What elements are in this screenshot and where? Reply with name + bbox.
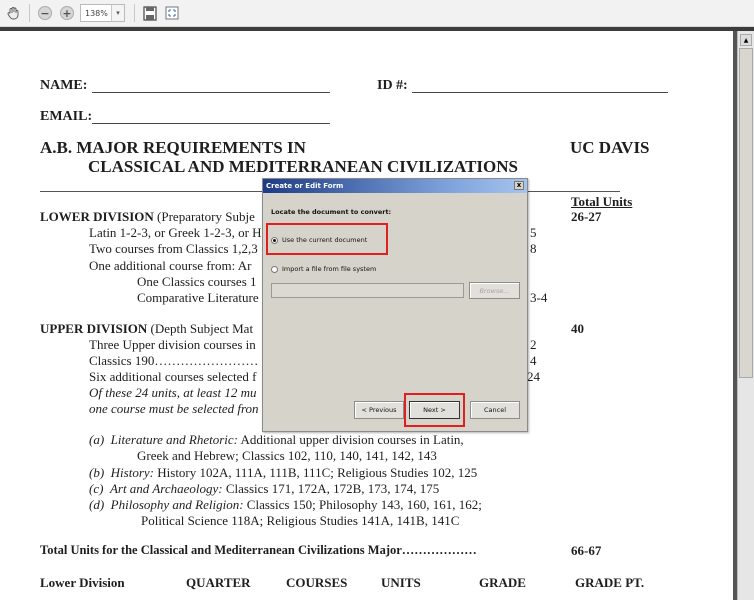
- cancel-button[interactable]: Cancel: [470, 401, 520, 419]
- fit-page-icon: [143, 6, 157, 21]
- fit-width-icon: [165, 6, 179, 20]
- document-title-line2: CLASSICAL AND MEDITERRANEAN CIVILIZATION…: [88, 157, 518, 177]
- vertical-scrollbar[interactable]: ▲: [737, 31, 754, 600]
- upper-line: Classics 190……………………: [89, 353, 258, 369]
- scroll-thumb[interactable]: [739, 48, 753, 378]
- option-c: (c) Art and Archaeology: Classics 171, 1…: [89, 481, 439, 497]
- lower-line: Two courses from Classics 1,2,3: [89, 241, 258, 257]
- close-icon[interactable]: x: [514, 181, 524, 190]
- upper-division-heading: UPPER DIVISION (Depth Subject Mat: [40, 321, 253, 337]
- upper-line-units: 4: [530, 353, 537, 369]
- dialog-prompt: Locate the document to convert:: [271, 208, 391, 216]
- viewer-toolbar: − + 138% ▾: [0, 0, 754, 27]
- upper-line: Six additional courses selected f: [89, 369, 257, 385]
- radio-import-file[interactable]: Import a file from file system: [271, 265, 376, 273]
- file-path-input[interactable]: [271, 283, 464, 298]
- option-d: (d) Philosophy and Religion: Classics 15…: [89, 497, 482, 513]
- option-a-cont: Greek and Hebrew; Classics 102, 110, 140…: [137, 448, 437, 464]
- hand-tool-button[interactable]: [4, 4, 22, 22]
- lower-line: One Classics courses 1: [137, 274, 257, 290]
- zoom-out-button[interactable]: −: [36, 4, 54, 22]
- total-units-header: Total Units: [571, 194, 632, 210]
- fit-width-button[interactable]: [163, 4, 181, 22]
- upper-line-units: 2: [530, 337, 537, 353]
- upper-line: Three Upper division courses in: [89, 337, 256, 353]
- lower-division-heading: LOWER DIVISION (Preparatory Subje: [40, 209, 255, 225]
- upper-division-total: 40: [571, 321, 584, 337]
- document-title-line1: A.B. MAJOR REQUIREMENTS IN: [40, 138, 306, 158]
- option-d-cont: Political Science 118A; Religious Studie…: [141, 513, 459, 529]
- total-major-label: Total Units for the Classical and Medite…: [40, 543, 477, 558]
- radio-label: Use the current document: [282, 236, 367, 244]
- radio-unselected-icon[interactable]: [271, 266, 278, 273]
- name-field-line[interactable]: [92, 92, 330, 93]
- lower-line-units: 5: [530, 225, 537, 241]
- zoom-out-icon: −: [38, 6, 52, 20]
- zoom-in-icon: +: [60, 6, 74, 20]
- zoom-dropdown-icon[interactable]: ▾: [111, 5, 124, 21]
- toolbar-separator: [134, 4, 135, 22]
- table-header-grade: GRADE: [479, 575, 526, 591]
- radio-selected-icon[interactable]: [271, 237, 278, 244]
- upper-note-line2: one course must be selected fron: [89, 401, 259, 417]
- next-button[interactable]: Next >: [409, 401, 460, 419]
- create-edit-form-dialog: Create or Edit Form x Locate the documen…: [262, 178, 528, 432]
- dialog-title-bar[interactable]: Create or Edit Form x: [263, 179, 527, 193]
- option-b: (b) History: History 102A, 111A, 111B, 1…: [89, 465, 477, 481]
- id-field-line[interactable]: [412, 92, 668, 93]
- radio-use-current-document[interactable]: Use the current document: [271, 236, 367, 244]
- lower-division-total: 26-27: [571, 209, 601, 225]
- browse-button[interactable]: Browse...: [469, 282, 520, 299]
- name-label: NAME:: [40, 78, 87, 94]
- table-header-lower-division: Lower Division: [40, 575, 125, 591]
- upper-line-units: 24: [527, 369, 540, 385]
- radio-label: Import a file from file system: [282, 265, 376, 273]
- table-header-grade-pt: GRADE PT.: [575, 575, 644, 591]
- institution-name: UC DAVIS: [570, 138, 650, 158]
- upper-note-line1: Of these 24 units, at least 12 mu: [89, 385, 257, 401]
- option-a: (a) Literature and Rhetoric: Additional …: [89, 432, 464, 448]
- scroll-up-icon[interactable]: ▲: [740, 34, 752, 46]
- lower-line-units: 8: [530, 241, 537, 257]
- toolbar-separator: [29, 4, 30, 22]
- id-label: ID #:: [377, 78, 408, 94]
- total-major-value: 66-67: [571, 543, 601, 559]
- zoom-level-select[interactable]: 138% ▾: [80, 4, 125, 22]
- lower-line-units: 3-4: [530, 290, 547, 306]
- table-header-courses: COURSES: [286, 575, 347, 591]
- email-label: EMAIL:: [40, 109, 92, 125]
- lower-line: Latin 1-2-3, or Greek 1-2-3, or H: [89, 225, 262, 241]
- zoom-in-button[interactable]: +: [58, 4, 76, 22]
- email-field-line[interactable]: [92, 123, 330, 124]
- hand-tool-icon: [6, 6, 20, 20]
- previous-button[interactable]: < Previous: [354, 401, 404, 419]
- dialog-title: Create or Edit Form: [266, 182, 343, 190]
- lower-line: One additional course from: Ar: [89, 258, 251, 274]
- fit-page-button[interactable]: [141, 4, 159, 22]
- table-header-quarter: QUARTER: [186, 575, 251, 591]
- table-header-units: UNITS: [381, 575, 421, 591]
- zoom-level-value[interactable]: 138%: [81, 9, 111, 18]
- lower-line: Comparative Literature: [137, 290, 259, 306]
